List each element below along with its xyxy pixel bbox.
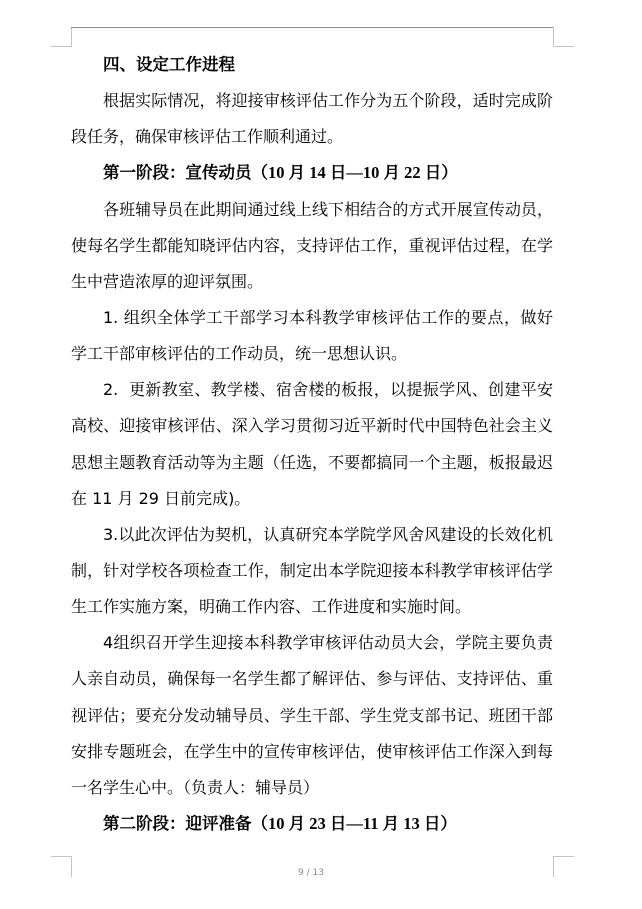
paragraph-phase1-intro: 各班辅导员在此期间通过线上线下相结合的方式开展宣传动员， 使每名学生都能知晓评估… [71,192,553,300]
text-line: 高校、迎接审核评估、深入学习贯彻习近平新时代中国特色社会主义 [71,408,553,444]
document-page: 四、设定工作进程 根据实际情况，将迎接审核评估工作分为五个阶段，适时完成阶 段任… [0,0,642,909]
text-line: 安排专题班会，在学生中的宣传审核评估，使审核评估工作深入到每 [71,734,553,770]
text-line: 人亲自动员，确保每一名学生都了解评估、参与评估、支持评估、重 [71,661,553,697]
header-rule [71,27,554,28]
text-line: 制，针对学校各项检查工作，制定出本学院迎接本科教学审核评估学 [71,553,553,589]
text-line: 4组织召开学生迎接本科教学审核评估动员大会，学院主要负责 [71,625,553,661]
corner-mark-bottom-right-v [553,856,554,877]
phase2-heading: 第二阶段：迎评准备（10 月 23 日—11 月 13 日） [71,806,553,842]
text-line: 视评估；要充分发动辅导员、学生干部、学生党支部书记、班团干部 [71,698,553,734]
text-line: 思想主题教育活动等为主题（任选，不要都搞同一个主题，板报最迟 [71,445,553,481]
text-line: 根据实际情况，将迎接审核评估工作分为五个阶段，适时完成阶 [71,83,553,119]
corner-mark-bottom-right-h [553,856,574,857]
corner-mark-top-right-v [553,27,554,47]
corner-mark-bottom-left-v [71,856,72,877]
text-line: 各班辅导员在此期间通过线上线下相结合的方式开展宣传动员， [71,192,553,228]
list-item-4: 4组织召开学生迎接本科教学审核评估动员大会，学院主要负责 人亲自动员，确保每一名… [71,625,553,806]
phase1-heading: 第一阶段：宣传动员（10 月 14 日—10 月 22 日） [71,155,553,191]
text-line: 2. 更新教室、教学楼、宿舍楼的板报，以提振学风、创建平安 [71,372,553,408]
corner-mark-top-left-v [71,27,72,47]
corner-mark-bottom-left-h [51,856,72,857]
text-line: 在 11 月 29 日前完成)。 [71,481,553,517]
paragraph-intro: 根据实际情况，将迎接审核评估工作分为五个阶段，适时完成阶 段任务，确保审核评估工… [71,83,553,155]
text-line: 生工作实施方案，明确工作内容、工作进度和实施时间。 [71,589,553,625]
list-item-2: 2. 更新教室、教学楼、宿舍楼的板报，以提振学风、创建平安 高校、迎接审核评估、… [71,372,553,517]
text-line: 3.以此次评估为契机，认真研究本学院学风舍风建设的长效化机 [71,517,553,553]
list-item-3: 3.以此次评估为契机，认真研究本学院学风舍风建设的长效化机 制，针对学校各项检查… [71,517,553,625]
text-line: 1. 组织全体学工干部学习本科教学审核评估工作的要点，做好 [71,300,553,336]
text-line: 使每名学生都能知晓评估内容，支持评估工作，重视评估过程，在学 [71,228,553,264]
text-line: 学工干部审核评估的工作动员，统一思想认识。 [71,336,553,372]
page-number: 9 / 13 [281,868,341,878]
text-line: 生中营造浓厚的迎评氛围。 [71,264,553,300]
corner-mark-top-left-h [51,46,72,47]
document-body: 四、设定工作进程 根据实际情况，将迎接审核评估工作分为五个阶段，适时完成阶 段任… [71,47,553,842]
section-heading: 四、设定工作进程 [71,47,553,83]
corner-mark-top-right-h [553,46,574,47]
text-line: 一名学生心中。（负责人：辅导员） [71,770,553,806]
text-line: 段任务，确保审核评估工作顺利通过。 [71,119,553,155]
list-item-1: 1. 组织全体学工干部学习本科教学审核评估工作的要点，做好 学工干部审核评估的工… [71,300,553,372]
